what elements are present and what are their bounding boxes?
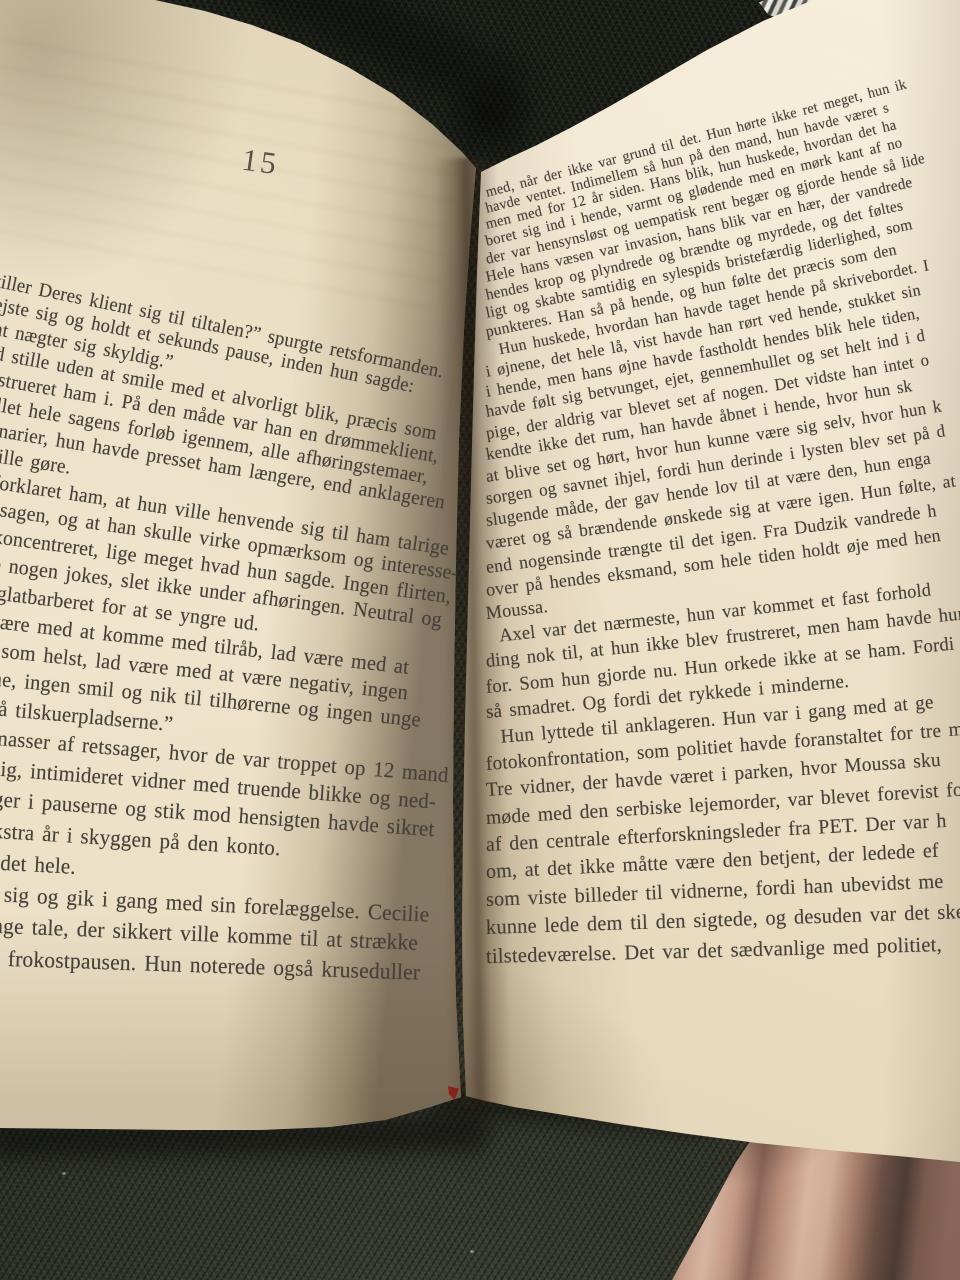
right-page-line: Moussa.	[485, 598, 549, 623]
lint-speck	[62, 1172, 66, 1175]
book-photo-scene: 15 rdan stiller Deres klient sig til til…	[0, 0, 960, 1280]
book-left-page: 15 rdan stiller Deres klient sig til til…	[0, 0, 500, 1135]
chapter-number: 15	[240, 142, 282, 183]
showthrough-ghost-text	[0, 39, 468, 313]
lint-speck	[470, 1250, 474, 1253]
left-page-line: fattet det hele.	[0, 849, 76, 878]
right-page-line: tilstedeværelse. Det var det sædvanlige …	[486, 934, 942, 967]
